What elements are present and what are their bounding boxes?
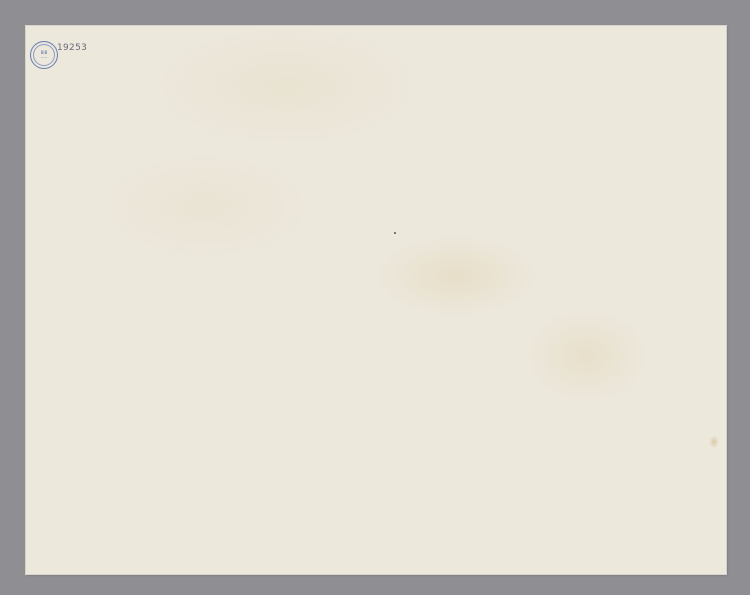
paper-sheet: BIB ····· 19253 — [26, 26, 726, 574]
paper-speck — [394, 232, 396, 234]
stamp-line-2: ····· — [37, 55, 51, 60]
stamp-text: BIB ····· — [37, 50, 51, 60]
library-stamp-icon: BIB ····· — [30, 41, 58, 69]
inventory-number: 19253 — [57, 43, 87, 53]
